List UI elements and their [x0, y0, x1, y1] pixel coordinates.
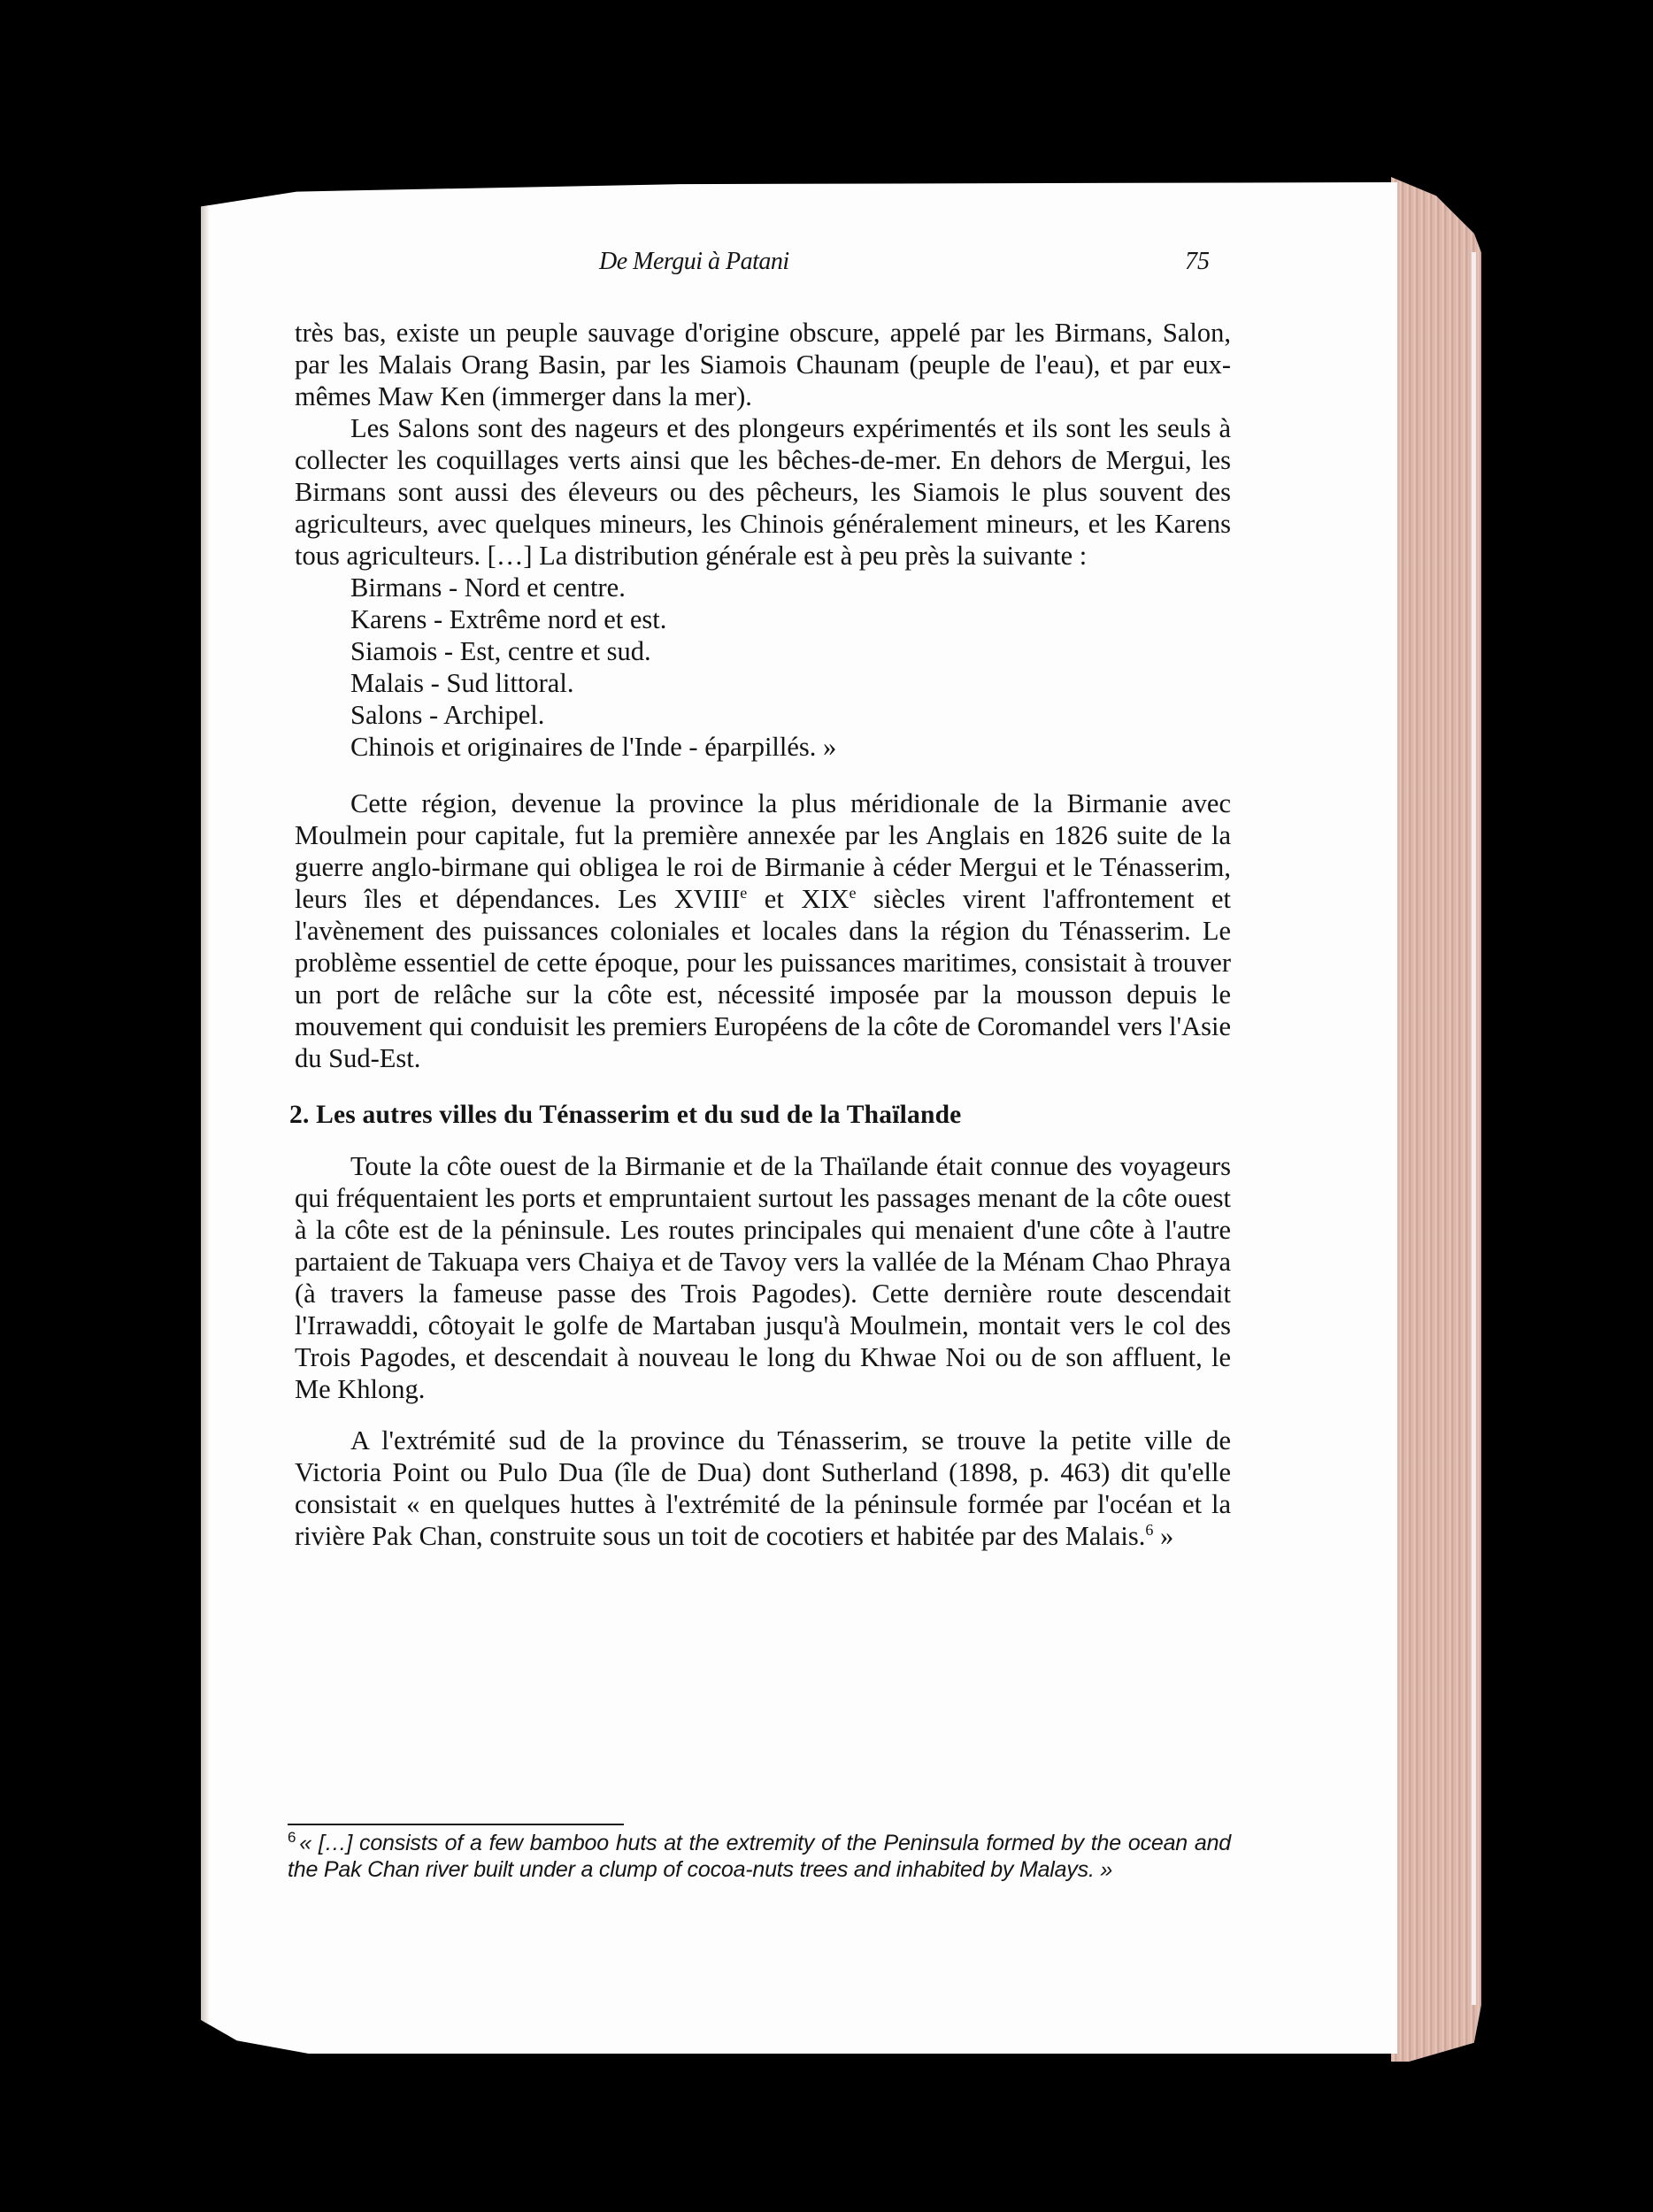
- page-number: 75: [1185, 248, 1210, 276]
- paragraph-1: très bas, existe un peuple sauvage d'ori…: [295, 317, 1231, 412]
- paragraph-3-text-b: et XIX: [747, 884, 849, 914]
- body-text: très bas, existe un peuple sauvage d'ori…: [295, 317, 1231, 1552]
- paragraph-5: A l'extrémité sud de la province du Téna…: [295, 1425, 1231, 1552]
- spacer: [295, 1405, 1231, 1425]
- footnote-text: « […] consists of a few bamboo huts at t…: [288, 1831, 1231, 1882]
- section-heading: 2. Les autres villes du Ténasserim et du…: [289, 1099, 1231, 1131]
- paragraph-5-text: A l'extrémité sud de la province du Téna…: [295, 1425, 1231, 1551]
- paragraph-3: Cette région, devenue la province la plu…: [295, 787, 1231, 1074]
- footnote-reference[interactable]: 6: [1145, 1521, 1153, 1539]
- footnote-number: 6: [288, 1829, 296, 1846]
- list-item: Birmans - Nord et centre.: [350, 572, 1231, 603]
- list-item: Malais - Sud littoral.: [350, 667, 1231, 699]
- closing-quote: »: [1153, 1521, 1173, 1551]
- paragraph-2: Les Salons sont des nageurs et des plong…: [295, 412, 1231, 572]
- running-head: De Mergui à Patani 75: [201, 248, 1397, 283]
- spacer: [295, 1131, 1231, 1150]
- running-title: De Mergui à Patani: [599, 248, 789, 276]
- book-page: De Mergui à Patani 75 très bas, existe u…: [201, 182, 1397, 2054]
- paragraph-4: Toute la côte ouest de la Birmanie et de…: [295, 1150, 1231, 1405]
- spacer: [295, 1074, 1231, 1099]
- superscript: e: [850, 884, 857, 902]
- list-item: Salons - Archipel.: [350, 699, 1231, 731]
- list-item: Siamois - Est, centre et sud.: [350, 635, 1231, 667]
- spacer: [295, 763, 1231, 787]
- list-item: Chinois et originaires de l'Inde - éparp…: [350, 731, 1231, 763]
- list-item: Karens - Extrême nord et est.: [350, 603, 1231, 635]
- footnote: 6« […] consists of a few bamboo huts at …: [288, 1830, 1231, 1883]
- footnote-divider: [288, 1824, 624, 1825]
- book-fore-edge: [1391, 177, 1481, 2062]
- distribution-list: Birmans - Nord et centre. Karens - Extrê…: [350, 572, 1231, 763]
